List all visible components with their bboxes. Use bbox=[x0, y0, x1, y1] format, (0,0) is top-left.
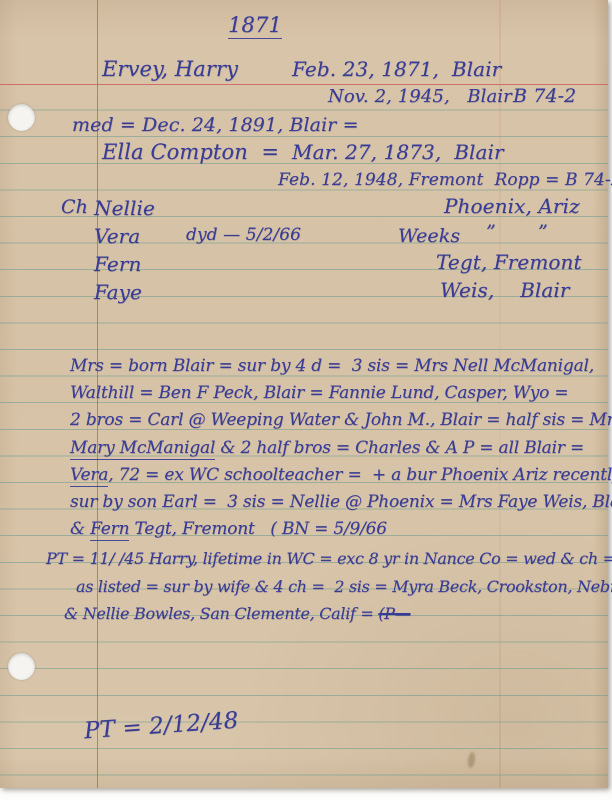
note-segment: , 72 = ex WC schoolteacher = + a bur Pho… bbox=[108, 465, 612, 485]
note-line: & Fern Tegt, Fremont ( BN = 5/9/66 bbox=[70, 520, 387, 539]
spouse-name: Ella Compton = bbox=[102, 141, 279, 164]
note-segment-underlined: Mary McManigal bbox=[70, 438, 215, 460]
note-segment-struck: (P— bbox=[378, 604, 410, 623]
marriage-date-line: med = Dec. 24, 1891, Blair = bbox=[72, 115, 359, 136]
child-name-faye: Faye bbox=[94, 281, 142, 303]
note-segment: sur by son Earl = 3 sis = Nellie @ Phoen… bbox=[70, 492, 612, 512]
note-segment-underlined: Vera bbox=[70, 465, 108, 487]
note-segment: & bbox=[70, 519, 90, 539]
year-heading-text: 1871 bbox=[228, 13, 282, 39]
note-segment-underlined: Fern bbox=[90, 519, 129, 541]
spouse-death-line: Feb. 12, 1948, Fremont Ropp = B 74-2 bbox=[278, 171, 612, 190]
record-ref-code: B 74-2 bbox=[513, 86, 576, 107]
note-line: Mary McManigal & 2 half bros = Charles &… bbox=[70, 439, 584, 458]
note-line: Walthill = Ben F Peck, Blair = Fannie Lu… bbox=[70, 384, 568, 403]
note-line: sur by son Earl = 3 sis = Nellie @ Phoen… bbox=[70, 493, 612, 512]
hole-punch-top bbox=[8, 104, 35, 131]
child-residence-faye: Weis, Blair bbox=[440, 279, 570, 301]
child-name-fern: Fern bbox=[94, 253, 141, 275]
note-segment: & Nellie Bowles, San Clemente, Calif = bbox=[64, 604, 378, 623]
note-line: PT = 11/ /45 Harry, lifetime in WC = exc… bbox=[46, 550, 612, 568]
primary-name: Ervey, Harry bbox=[102, 58, 238, 81]
child-name-vera: Vera bbox=[94, 225, 140, 247]
child-married-surname-vera: Weeks bbox=[398, 226, 460, 247]
note-segment: 2 bros = Carl @ Weeping Water & John M.,… bbox=[70, 410, 612, 430]
note-line: & Nellie Bowles, San Clemente, Calif = (… bbox=[64, 605, 410, 623]
note-segment: Walthill = Ben F Peck, Blair = Fannie Lu… bbox=[70, 383, 568, 403]
scanned-document: 1871 Ervey, Harry Feb. 23, 1871, Blair N… bbox=[0, 0, 612, 800]
child-name-nellie: Nellie bbox=[94, 197, 155, 219]
child-residence-fern: Tegt, Fremont bbox=[436, 251, 582, 273]
note-line: as listed = sur by wife & 4 ch = 2 sis =… bbox=[76, 578, 612, 596]
note-segment: as listed = sur by wife & 4 ch = 2 sis =… bbox=[76, 577, 612, 596]
primary-death-date: Nov. 2, 1945, Blair bbox=[328, 87, 512, 107]
hole-punch-bottom bbox=[8, 653, 35, 680]
ditto-mark-state: ” bbox=[538, 222, 548, 243]
note-segment: Mrs = born Blair = sur by 4 d = 3 sis = … bbox=[70, 356, 594, 376]
children-label: Ch bbox=[61, 197, 88, 218]
note-segment: Tegt, Fremont ( BN = 5/9/66 bbox=[129, 519, 387, 539]
spouse-birth-date: Mar. 27, 1873, Blair bbox=[292, 141, 504, 163]
notebook-page: 1871 Ervey, Harry Feb. 23, 1871, Blair N… bbox=[0, 0, 608, 788]
child-residence-nellie: Phoenix, Ariz bbox=[444, 195, 580, 217]
note-line: 2 bros = Carl @ Weeping Water & John M.,… bbox=[70, 411, 612, 430]
note-line: Mrs = born Blair = sur by 4 d = 3 sis = … bbox=[70, 357, 594, 376]
year-heading: 1871 bbox=[205, 14, 305, 37]
note-segment: & 2 half bros = Charles & A P = all Blai… bbox=[215, 438, 584, 458]
note-segment: PT = 11/ /45 Harry, lifetime in WC = exc… bbox=[46, 549, 612, 568]
primary-birth-date: Feb. 23, 1871, Blair bbox=[292, 58, 501, 80]
note-line: Vera, 72 = ex WC schoolteacher = + a bur… bbox=[70, 466, 612, 485]
ditto-mark-city: ” bbox=[486, 222, 496, 243]
child-death-note-vera: dyd — 5/2/66 bbox=[186, 226, 301, 245]
